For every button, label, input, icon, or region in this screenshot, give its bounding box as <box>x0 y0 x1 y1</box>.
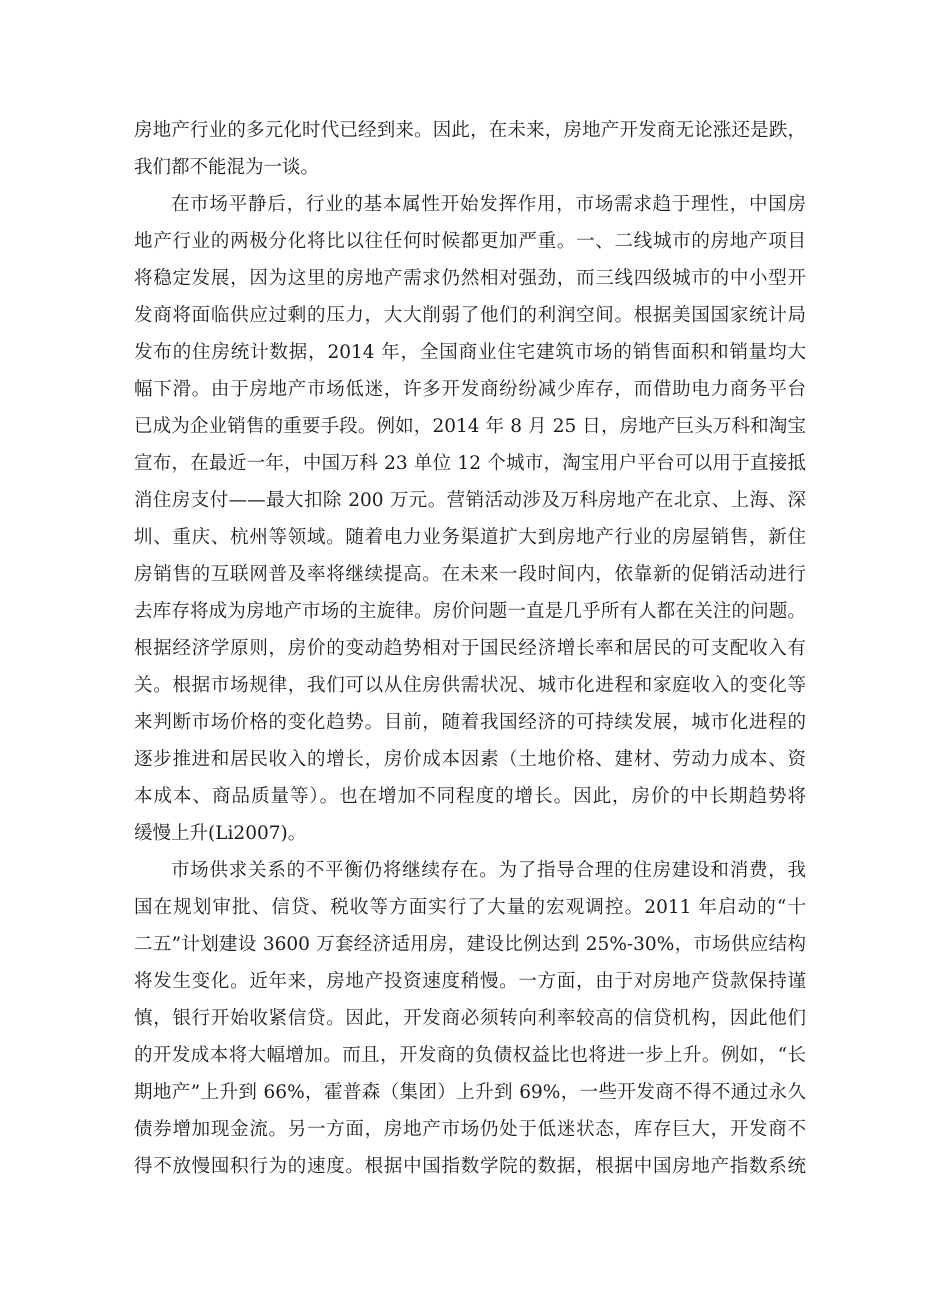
text-line: 地产行业的两极分化将比以往任何时候都更加严重。一、二线城市的房地产项目 <box>134 223 806 260</box>
text-line: 逐步推进和居民收入的增长，房价成本因素（土地价格、建材、劳动力成本、资 <box>134 741 806 778</box>
text-line: 慎，银行开始收紧信贷。因此，开发商必须转向利率较高的信贷机构，因此他们 <box>134 1000 806 1037</box>
text-line: 缓慢上升(Li2007)。 <box>134 815 806 852</box>
text-line: 在市场平静后，行业的基本属性开始发挥作用，市场需求趋于理性，中国房 <box>134 186 806 223</box>
text-line: 本成本、商品质量等）。也在增加不同程度的增长。因此，房价的中长期趋势将 <box>134 778 806 815</box>
text-line: 根据经济学原则，房价的变动趋势相对于国民经济增长率和居民的可支配收入有 <box>134 630 806 667</box>
text-line: 我们都不能混为一谈。 <box>134 149 806 186</box>
document-body: 房地产行业的多元化时代已经到来。因此，在未来，房地产开发商无论涨还是跌，我们都不… <box>134 112 806 1185</box>
text-line: 发商将面临供应过剩的压力，大大削弱了他们的利润空间。根据美国国家统计局 <box>134 297 806 334</box>
text-line: 关。根据市场规律，我们可以从住房供需状况、城市化进程和家庭收入的变化等 <box>134 667 806 704</box>
document-page: 房地产行业的多元化时代已经到来。因此，在未来，房地产开发商无论涨还是跌，我们都不… <box>0 0 926 1309</box>
text-line: 去库存将成为房地产市场的主旋律。房价问题一直是几乎所有人都在关注的问题。 <box>134 593 806 630</box>
text-line: 宣布，在最近一年，中国万科 23 单位 12 个城市，淘宝用户平台可以用于直接抵 <box>134 445 806 482</box>
paragraph: 在市场平静后，行业的基本属性开始发挥作用，市场需求趋于理性，中国房地产行业的两极… <box>134 186 806 852</box>
text-line: 将发生变化。近年来，房地产投资速度稍慢。一方面，由于对房地产贷款保持谨 <box>134 963 806 1000</box>
text-line: 国在规划审批、信贷、税收等方面实行了大量的宏观调控。2011 年启动的“十 <box>134 889 806 926</box>
text-line: 幅下滑。由于房地产市场低迷，许多开发商纷纷减少库存，而借助电力商务平台 <box>134 371 806 408</box>
text-line: 的开发成本将大幅增加。而且，开发商的负债权益比也将进一步上升。例如，“长 <box>134 1037 806 1074</box>
text-line: 债券增加现金流。另一方面，房地产市场仍处于低迷状态，库存巨大，开发商不 <box>134 1111 806 1148</box>
text-line: 发布的住房统计数据，2014 年，全国商业住宅建筑市场的销售面积和销量均大 <box>134 334 806 371</box>
paragraph: 房地产行业的多元化时代已经到来。因此，在未来，房地产开发商无论涨还是跌，我们都不… <box>134 112 806 186</box>
text-line: 房地产行业的多元化时代已经到来。因此，在未来，房地产开发商无论涨还是跌， <box>134 112 806 149</box>
text-line: 消住房支付——最大扣除 200 万元。营销活动涉及万科房地产在北京、上海、深 <box>134 482 806 519</box>
text-line: 市场供求关系的不平衡仍将继续存在。为了指导合理的住房建设和消费，我 <box>134 852 806 889</box>
text-line: 房销售的互联网普及率将继续提高。在未来一段时间内，依靠新的促销活动进行 <box>134 556 806 593</box>
text-line: 来判断市场价格的变化趋势。目前，随着我国经济的可持续发展，城市化进程的 <box>134 704 806 741</box>
text-line: 二五”计划建设 3600 万套经济适用房，建设比例达到 25%-30%，市场供应… <box>134 926 806 963</box>
page: { "page": { "background_color": "#ffffff… <box>0 0 926 1309</box>
text-line: 期地产”上升到 66%，霍普森（集团）上升到 69%，一些开发商不得不通过永久 <box>134 1074 806 1111</box>
paragraph: 市场供求关系的不平衡仍将继续存在。为了指导合理的住房建设和消费，我国在规划审批、… <box>134 852 806 1185</box>
text-line: 将稳定发展，因为这里的房地产需求仍然相对强劲，而三线四级城市的中小型开 <box>134 260 806 297</box>
text-line: 圳、重庆、杭州等领域。随着电力业务渠道扩大到房地产行业的房屋销售，新住 <box>134 519 806 556</box>
text-line: 已成为企业销售的重要手段。例如，2014 年 8 月 25 日，房地产巨头万科和… <box>134 408 806 445</box>
text-line: 得不放慢囤积行为的速度。根据中国指数学院的数据，根据中国房地产指数系统 <box>134 1148 806 1185</box>
